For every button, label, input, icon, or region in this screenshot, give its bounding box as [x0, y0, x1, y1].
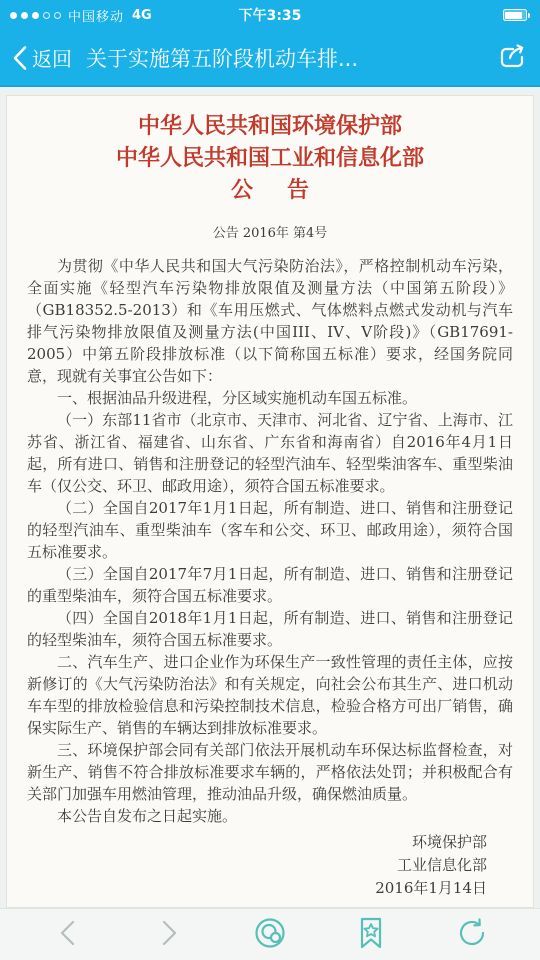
bookmark-star-icon — [356, 916, 386, 954]
carrier-label: 中国移动 — [68, 6, 124, 25]
signature-line: 环境保护部 — [27, 831, 487, 854]
back-button-label: 返回 — [32, 43, 72, 72]
back-chevron-icon — [57, 919, 79, 951]
refresh-button[interactable] — [447, 913, 497, 957]
back-button[interactable]: 返回 — [12, 43, 72, 72]
signal-dot — [10, 12, 17, 19]
network-type-label: 4G — [132, 8, 152, 23]
doc-paragraph: 三、环境保护部会同有关部门依法开展机动车环保达标监督检查，对新生产、销售不符合排… — [27, 739, 513, 805]
webview[interactable]: 中华人民共和国环境保护部 中华人民共和国工业和信息化部 公 告 公告 2016年… — [0, 87, 540, 908]
doc-paragraph: （一）东部11省市（北京市、天津市、河北省、辽宁省、上海市、江苏省、浙江省、福建… — [27, 409, 513, 497]
doc-paragraph: 二、汽车生产、进口企业作为环保生产一致性管理的责任主体，应按新修订的《大气污染防… — [27, 651, 513, 739]
signal-dot — [32, 12, 39, 19]
share-button[interactable] — [496, 40, 528, 76]
signature-block: 环境保护部 工业信息化部 2016年1月14日 — [27, 831, 513, 900]
document-page: 中华人民共和国环境保护部 中华人民共和国工业和信息化部 公 告 公告 2016年… — [6, 95, 534, 908]
share-icon — [496, 40, 528, 76]
nav-bar: 返回 关于实施第五阶段机动车排... — [0, 30, 540, 87]
browser-toolbar — [0, 908, 540, 960]
signal-dot — [54, 12, 61, 19]
browser-home-button[interactable] — [245, 913, 295, 957]
doc-paragraph: 一、根据油品升级进程，分区域实施机动车国五标准。 — [27, 387, 513, 409]
qq-browser-icon — [252, 915, 288, 955]
status-bar: 中国移动 4G 下午3:35 — [0, 0, 540, 30]
signature-line: 2016年1月14日 — [27, 877, 487, 900]
document-title-line: 中华人民共和国工业和信息化部 — [27, 142, 513, 174]
phone-screen: 中国移动 4G 下午3:35 返回 关于实施第五阶段机动车排... — [0, 0, 540, 960]
doc-paragraph: 为贯彻《中华人民共和国大气污染防治法》，严格控制机动车污染，全面实施《轻型汽车污… — [27, 255, 513, 387]
refresh-icon — [455, 916, 489, 954]
signal-dot — [43, 12, 50, 19]
document-title-line: 公 告 — [27, 174, 513, 206]
signal-strength-icon — [10, 12, 61, 19]
page-title: 关于实施第五阶段机动车排... — [86, 43, 488, 73]
forward-chevron-icon — [158, 919, 180, 951]
doc-paragraph: 本公告自发布之日起实施。 — [27, 805, 513, 827]
signature-line: 工业信息化部 — [27, 854, 487, 877]
document-body: 为贯彻《中华人民共和国大气污染防治法》，严格控制机动车污染，全面实施《轻型汽车污… — [27, 255, 513, 827]
signal-dot — [21, 12, 28, 19]
history-forward-button[interactable] — [144, 913, 194, 957]
doc-paragraph: （二）全国自2017年1月1日起，所有制造、进口、销售和注册登记的轻型汽油车、重… — [27, 497, 513, 563]
announcement-number: 公告 2016年 第4号 — [27, 222, 513, 241]
back-chevron-icon — [12, 45, 28, 71]
battery-icon — [503, 9, 531, 21]
doc-paragraph: （三）全国自2017年7月1日起，所有制造、进口、销售和注册登记的重型柴油车，须… — [27, 563, 513, 607]
document-title-line: 中华人民共和国环境保护部 — [27, 110, 513, 142]
doc-paragraph: （四）全国自2018年1月1日起，所有制造、进口、销售和注册登记的轻型柴油车，须… — [27, 607, 513, 651]
history-back-button[interactable] — [43, 913, 93, 957]
bookmark-button[interactable] — [346, 913, 396, 957]
